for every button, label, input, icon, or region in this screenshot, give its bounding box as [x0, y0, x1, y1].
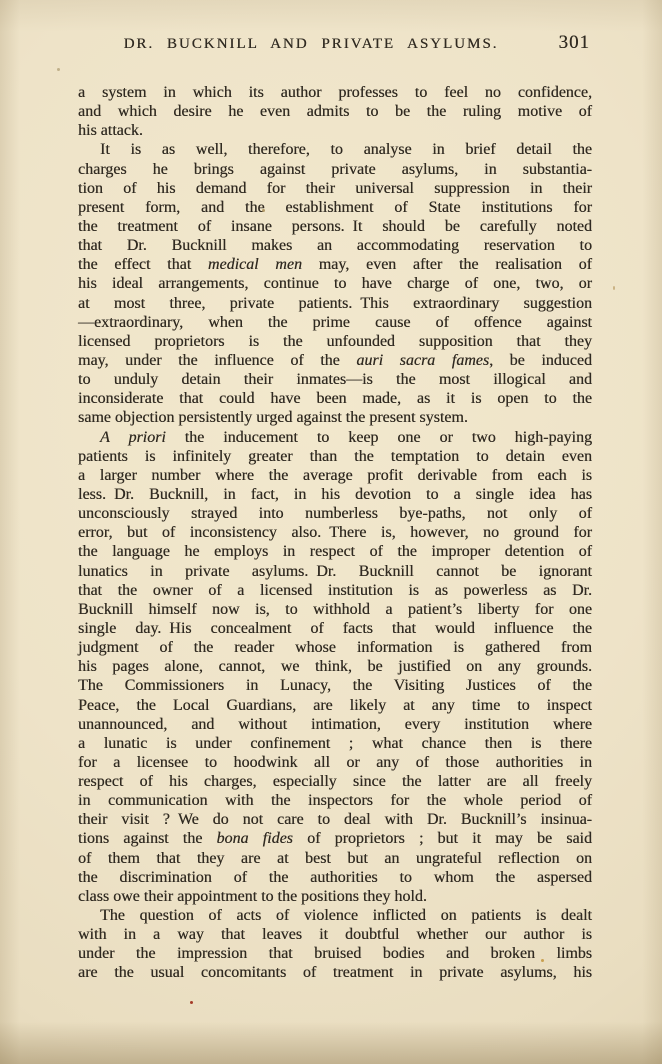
italic-phrase: auri sacra fames	[356, 352, 489, 369]
text-line: present form, and the establishment of S…	[78, 198, 592, 217]
text-segment: the discrimination of the authorities to…	[78, 869, 592, 886]
text-line: licensed proprietors is the unfounded su…	[78, 332, 592, 351]
text-segment: under the impression that bruised bodies…	[78, 945, 592, 962]
text-line: same objection persistently urged agains…	[78, 408, 592, 427]
text-line: under the impression that bruised bodies…	[78, 944, 592, 963]
text-line: a lunatic is under confinement ; what ch…	[78, 734, 592, 753]
text-segment: may, even after the realisation of	[302, 256, 592, 273]
text-segment: of proprietors ; but it may be said	[293, 830, 592, 847]
text-segment: respect of his charges, especially since…	[78, 773, 592, 790]
text-segment: a lunatic is under confinement ; what ch…	[78, 735, 592, 752]
text-segment: to unduly detain their inmates—is the mo…	[78, 371, 592, 388]
text-segment: his ideal arrangements, continue to have…	[78, 275, 592, 292]
text-line: unconsciously strayed into numberless by…	[78, 504, 592, 523]
page-number: 301	[559, 32, 591, 54]
text-segment: the inducement to keep one or two high-p…	[166, 429, 592, 446]
text-line: respect of his charges, especially since…	[78, 772, 592, 791]
italic-phrase: bona fides	[217, 830, 293, 847]
text-segment: a system in which its author professes t…	[78, 84, 592, 101]
text-segment: patients is infinitely greater than the …	[78, 448, 592, 465]
text-line: may, under the influence of the auri sac…	[78, 351, 592, 370]
text-segment: —extraordinary, when the prime cause of …	[78, 314, 592, 331]
text-segment: that Dr. Bucknill makes an accommodating…	[78, 237, 592, 254]
text-line: the language he employs in respect of th…	[78, 542, 592, 561]
text-line: a system in which its author professes t…	[78, 83, 592, 102]
text-line: their visit ? We do not care to deal wit…	[78, 810, 592, 829]
paper-speck	[613, 286, 615, 290]
text-segment: , be induced	[489, 352, 592, 369]
text-segment: the effect that	[78, 256, 208, 273]
text-line: with in a way that leaves it doubtful wh…	[78, 925, 592, 944]
text-line: tion of his demand for their universal s…	[78, 179, 592, 198]
text-line: in communication with the inspectors for…	[78, 791, 592, 810]
text-segment: their visit ? We do not care to deal wit…	[78, 811, 592, 828]
text-segment: licensed proprietors is the unfounded su…	[78, 333, 592, 350]
text-segment: a larger number where the average profit…	[78, 467, 592, 484]
book-page: DR. BUCKNILL AND PRIVATE ASYLUMS. 301 a …	[0, 0, 662, 1064]
text-segment: error, but of inconsistency also. There …	[78, 524, 592, 541]
text-segment: for a licensee to hoodwink all or any of…	[78, 754, 592, 771]
text-segment: judgment of the reader whose information…	[78, 639, 592, 656]
text-line: charges he brings against private asylum…	[78, 160, 592, 179]
text-segment: class owe their appointment to the posit…	[78, 888, 427, 905]
text-line: tions against the bona fides of propriet…	[78, 829, 592, 848]
text-line: single day. His concealment of facts tha…	[78, 619, 592, 638]
text-segment: less. Dr. Bucknill, in fact, in his devo…	[78, 486, 592, 503]
paper-speck	[190, 1001, 193, 1004]
text-segment: unannounced, and without intimation, eve…	[78, 716, 592, 733]
text-segment: in communication with the inspectors for…	[78, 792, 592, 809]
text-line: that the owner of a licensed institution…	[78, 581, 592, 600]
text-segment: inconsiderate that could have been made,…	[78, 390, 592, 407]
text-segment: tions against the	[78, 830, 217, 847]
text-segment: may, under the influence of the	[78, 352, 356, 369]
text-segment: his pages alone, cannot, we think, be ju…	[78, 658, 592, 675]
text-segment: The Commissioners in Lunacy, the Visitin…	[78, 677, 592, 694]
page-header: DR. BUCKNILL AND PRIVATE ASYLUMS. 301	[78, 34, 592, 56]
text-line: a larger number where the average profit…	[78, 466, 592, 485]
page-body: a system in which its author professes t…	[78, 83, 592, 983]
text-segment: the treatment of insane persons. It shou…	[78, 218, 592, 235]
running-title: DR. BUCKNILL AND PRIVATE ASYLUMS.	[78, 36, 544, 53]
text-segment: the language he employs in respect of th…	[78, 543, 592, 560]
text-segment: at most three, private patients. This ex…	[78, 295, 592, 312]
text-line: the discrimination of the authorities to…	[78, 868, 592, 887]
text-line: Bucknill himself now is, to withhold a p…	[78, 600, 592, 619]
text-line: the treatment of insane persons. It shou…	[78, 217, 592, 236]
text-line: It is as well, therefore, to analyse in …	[78, 140, 592, 159]
text-line: error, but of inconsistency also. There …	[78, 523, 592, 542]
text-segment: with in a way that leaves it doubtful wh…	[78, 926, 592, 943]
text-segment: and which desire he even admits to be th…	[78, 103, 592, 120]
text-segment: charges he brings against private asylum…	[78, 161, 592, 178]
text-line: that Dr. Bucknill makes an accommodating…	[78, 236, 592, 255]
text-line: lunatics in private asylums. Dr. Bucknil…	[78, 562, 592, 581]
text-segment: unconsciously strayed into numberless by…	[78, 505, 592, 522]
italic-phrase: A priori	[100, 429, 166, 446]
text-line: his ideal arrangements, continue to have…	[78, 274, 592, 293]
text-segment: It is as well, therefore, to analyse in …	[100, 141, 592, 158]
text-line: —extraordinary, when the prime cause of …	[78, 313, 592, 332]
text-segment: Bucknill himself now is, to withhold a p…	[78, 601, 592, 618]
text-line: and which desire he even admits to be th…	[78, 102, 592, 121]
text-line: to unduly detain their inmates—is the mo…	[78, 370, 592, 389]
text-segment: are the usual concomitants of treatment …	[78, 964, 592, 981]
text-line: the effect that medical men may, even af…	[78, 255, 592, 274]
text-segment: lunatics in private asylums. Dr. Bucknil…	[78, 563, 592, 580]
paper-speck	[57, 68, 60, 71]
text-line: for a licensee to hoodwink all or any of…	[78, 753, 592, 772]
text-line: patients is infinitely greater than the …	[78, 447, 592, 466]
text-line: The question of acts of violence inflict…	[78, 906, 592, 925]
text-segment: single day. His concealment of facts tha…	[78, 620, 592, 637]
text-segment: same objection persistently urged agains…	[78, 409, 468, 426]
text-line: his attack.	[78, 121, 592, 140]
text-line: his pages alone, cannot, we think, be ju…	[78, 657, 592, 676]
text-line: at most three, private patients. This ex…	[78, 294, 592, 313]
text-line: are the usual concomitants of treatment …	[78, 963, 592, 982]
text-segment: present form, and the establishment of S…	[78, 199, 592, 216]
text-segment: The question of acts of violence inflict…	[100, 907, 592, 924]
text-line: judgment of the reader whose information…	[78, 638, 592, 657]
text-segment: his attack.	[78, 122, 143, 139]
text-segment: tion of his demand for their universal s…	[78, 180, 592, 197]
text-line: unannounced, and without intimation, eve…	[78, 715, 592, 734]
text-line: inconsiderate that could have been made,…	[78, 389, 592, 408]
text-line: less. Dr. Bucknill, in fact, in his devo…	[78, 485, 592, 504]
text-line: of them that they are at best but an ung…	[78, 849, 592, 868]
text-line: class owe their appointment to the posit…	[78, 887, 592, 906]
text-line: The Commissioners in Lunacy, the Visitin…	[78, 676, 592, 695]
text-segment: Peace, the Local Guardians, are likely a…	[78, 697, 592, 714]
text-line: Peace, the Local Guardians, are likely a…	[78, 696, 592, 715]
text-segment: that the owner of a licensed institution…	[78, 582, 592, 599]
text-segment: of them that they are at best but an ung…	[78, 850, 592, 867]
text-line: A priori the inducement to keep one or t…	[78, 428, 592, 447]
italic-phrase: medical men	[208, 256, 302, 273]
